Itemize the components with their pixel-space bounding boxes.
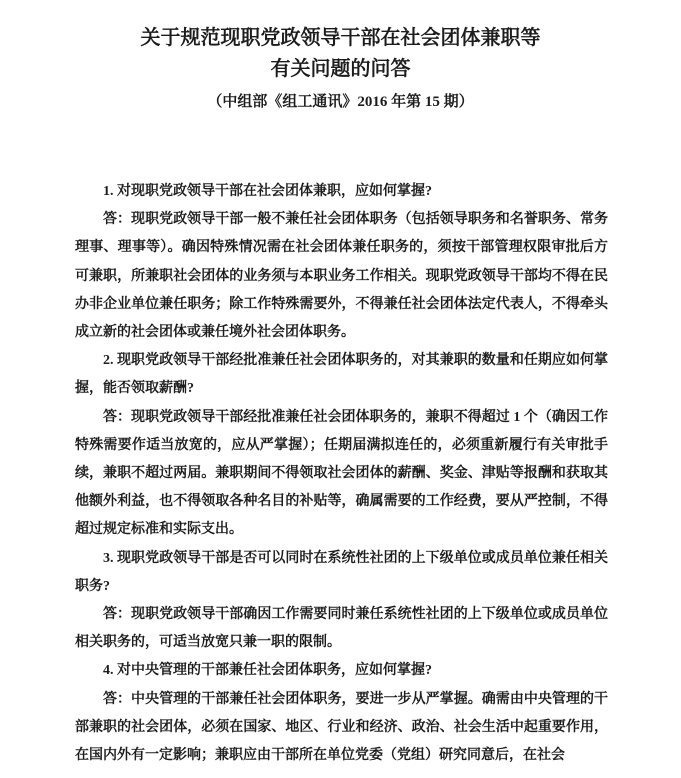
answer-paragraph-4: 答：中央管理的干部兼任社会团体职务，要进一步从严掌握。确需由中央管理的干部兼职的… — [75, 686, 608, 771]
title-line-1: 关于规范现职党政领导干部在社会团体兼职等 — [0, 23, 681, 54]
document-title: 关于规范现职党政领导干部在社会团体兼职等 有关问题的问答 — [0, 0, 681, 85]
source-note: （中组部《组工通讯》2016 年第 15 期） — [0, 92, 681, 112]
question-paragraph-3: 3. 现职党政领导干部是否可以同时在系统性社团的上下级单位或成员单位兼任相关职务… — [75, 545, 608, 601]
answer-paragraph-1: 答：现职党政领导干部一般不兼任社会团体职务（包括领导职务和名誉职务、常务理事、理… — [75, 206, 608, 347]
answer-paragraph-3: 答：现职党政领导干部确因工作需要同时兼任系统性社团的上下级单位或成员单位相关职务… — [75, 601, 608, 657]
question-paragraph-1: 1. 对现职党政领导干部在社会团体兼职，应如何掌握? — [75, 178, 608, 206]
title-line-2: 有关问题的问答 — [0, 54, 681, 85]
question-paragraph-4: 4. 对中央管理的干部兼任社会团体职务，应如何掌握? — [75, 657, 608, 685]
qa-content: 1. 对现职党政领导干部在社会团体兼职，应如何掌握? 答：现职党政领导干部一般不… — [75, 178, 608, 770]
document-page: 关于规范现职党政领导干部在社会团体兼职等 有关问题的问答 （中组部《组工通讯》2… — [0, 0, 681, 778]
question-paragraph-2: 2. 现职党政领导干部经批准兼任社会团体职务的，对其兼职的数量和任期应如何掌握，… — [75, 347, 608, 403]
answer-paragraph-2: 答：现职党政领导干部经批准兼任社会团体职务的，兼职不得超过 1 个（确因工作特殊… — [75, 404, 608, 545]
